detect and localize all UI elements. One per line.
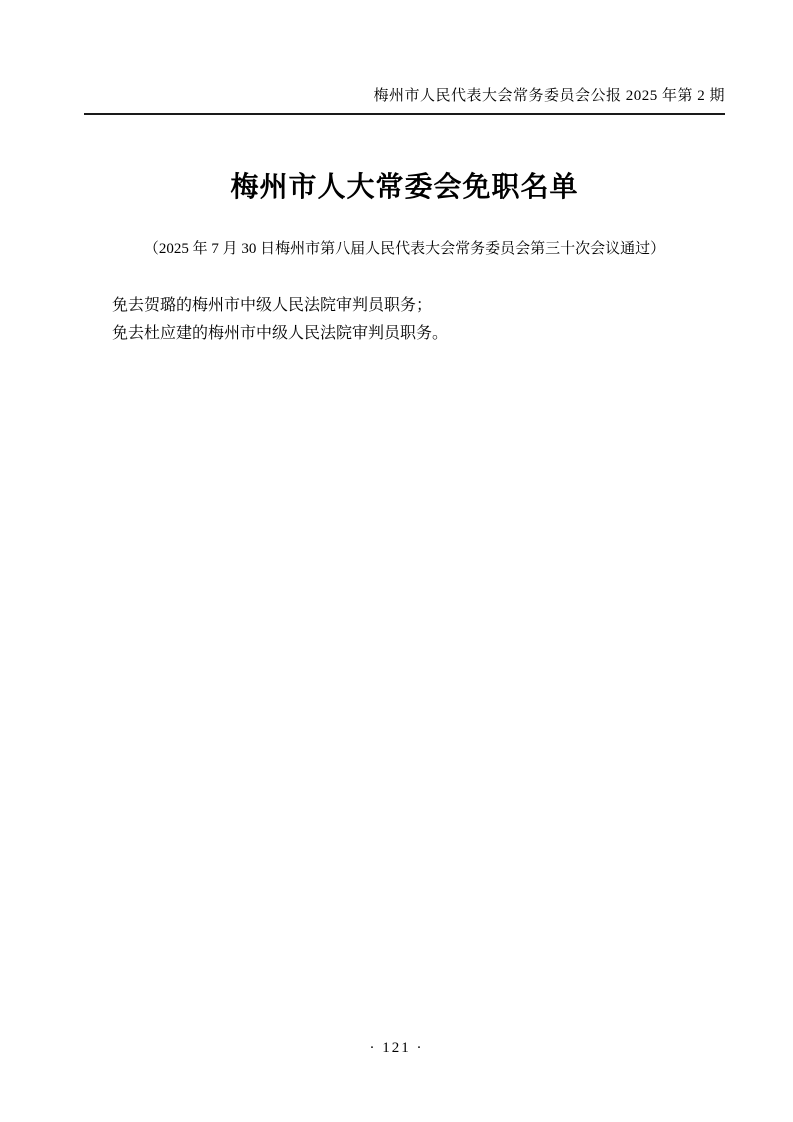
body-paragraph: 免去杜应建的梅州市中级人民法院审判员职务。 xyxy=(84,320,725,348)
document-body: 免去贺璐的梅州市中级人民法院审判员职务； 免去杜应建的梅州市中级人民法院审判员职… xyxy=(84,292,725,348)
header-rule xyxy=(84,113,725,115)
page-content: 梅州市人民代表大会常务委员会公报 2025 年第 2 期 梅州市人大常委会免职名… xyxy=(84,0,725,348)
document-subtitle: （2025 年 7 月 30 日梅州市第八届人民代表大会常务委员会第三十次会议通… xyxy=(84,239,725,259)
page-number: · 121 · xyxy=(0,1040,793,1057)
page-header: 梅州市人民代表大会常务委员会公报 2025 年第 2 期 xyxy=(84,0,725,115)
document-title: 梅州市人大常委会免职名单 xyxy=(84,170,725,204)
journal-title: 梅州市人民代表大会常务委员会公报 2025 年第 2 期 xyxy=(84,86,725,106)
gazette-page: 梅州市人民代表大会常务委员会公报 2025 年第 2 期 梅州市人大常委会免职名… xyxy=(0,0,793,1122)
body-paragraph: 免去贺璐的梅州市中级人民法院审判员职务； xyxy=(84,292,725,320)
